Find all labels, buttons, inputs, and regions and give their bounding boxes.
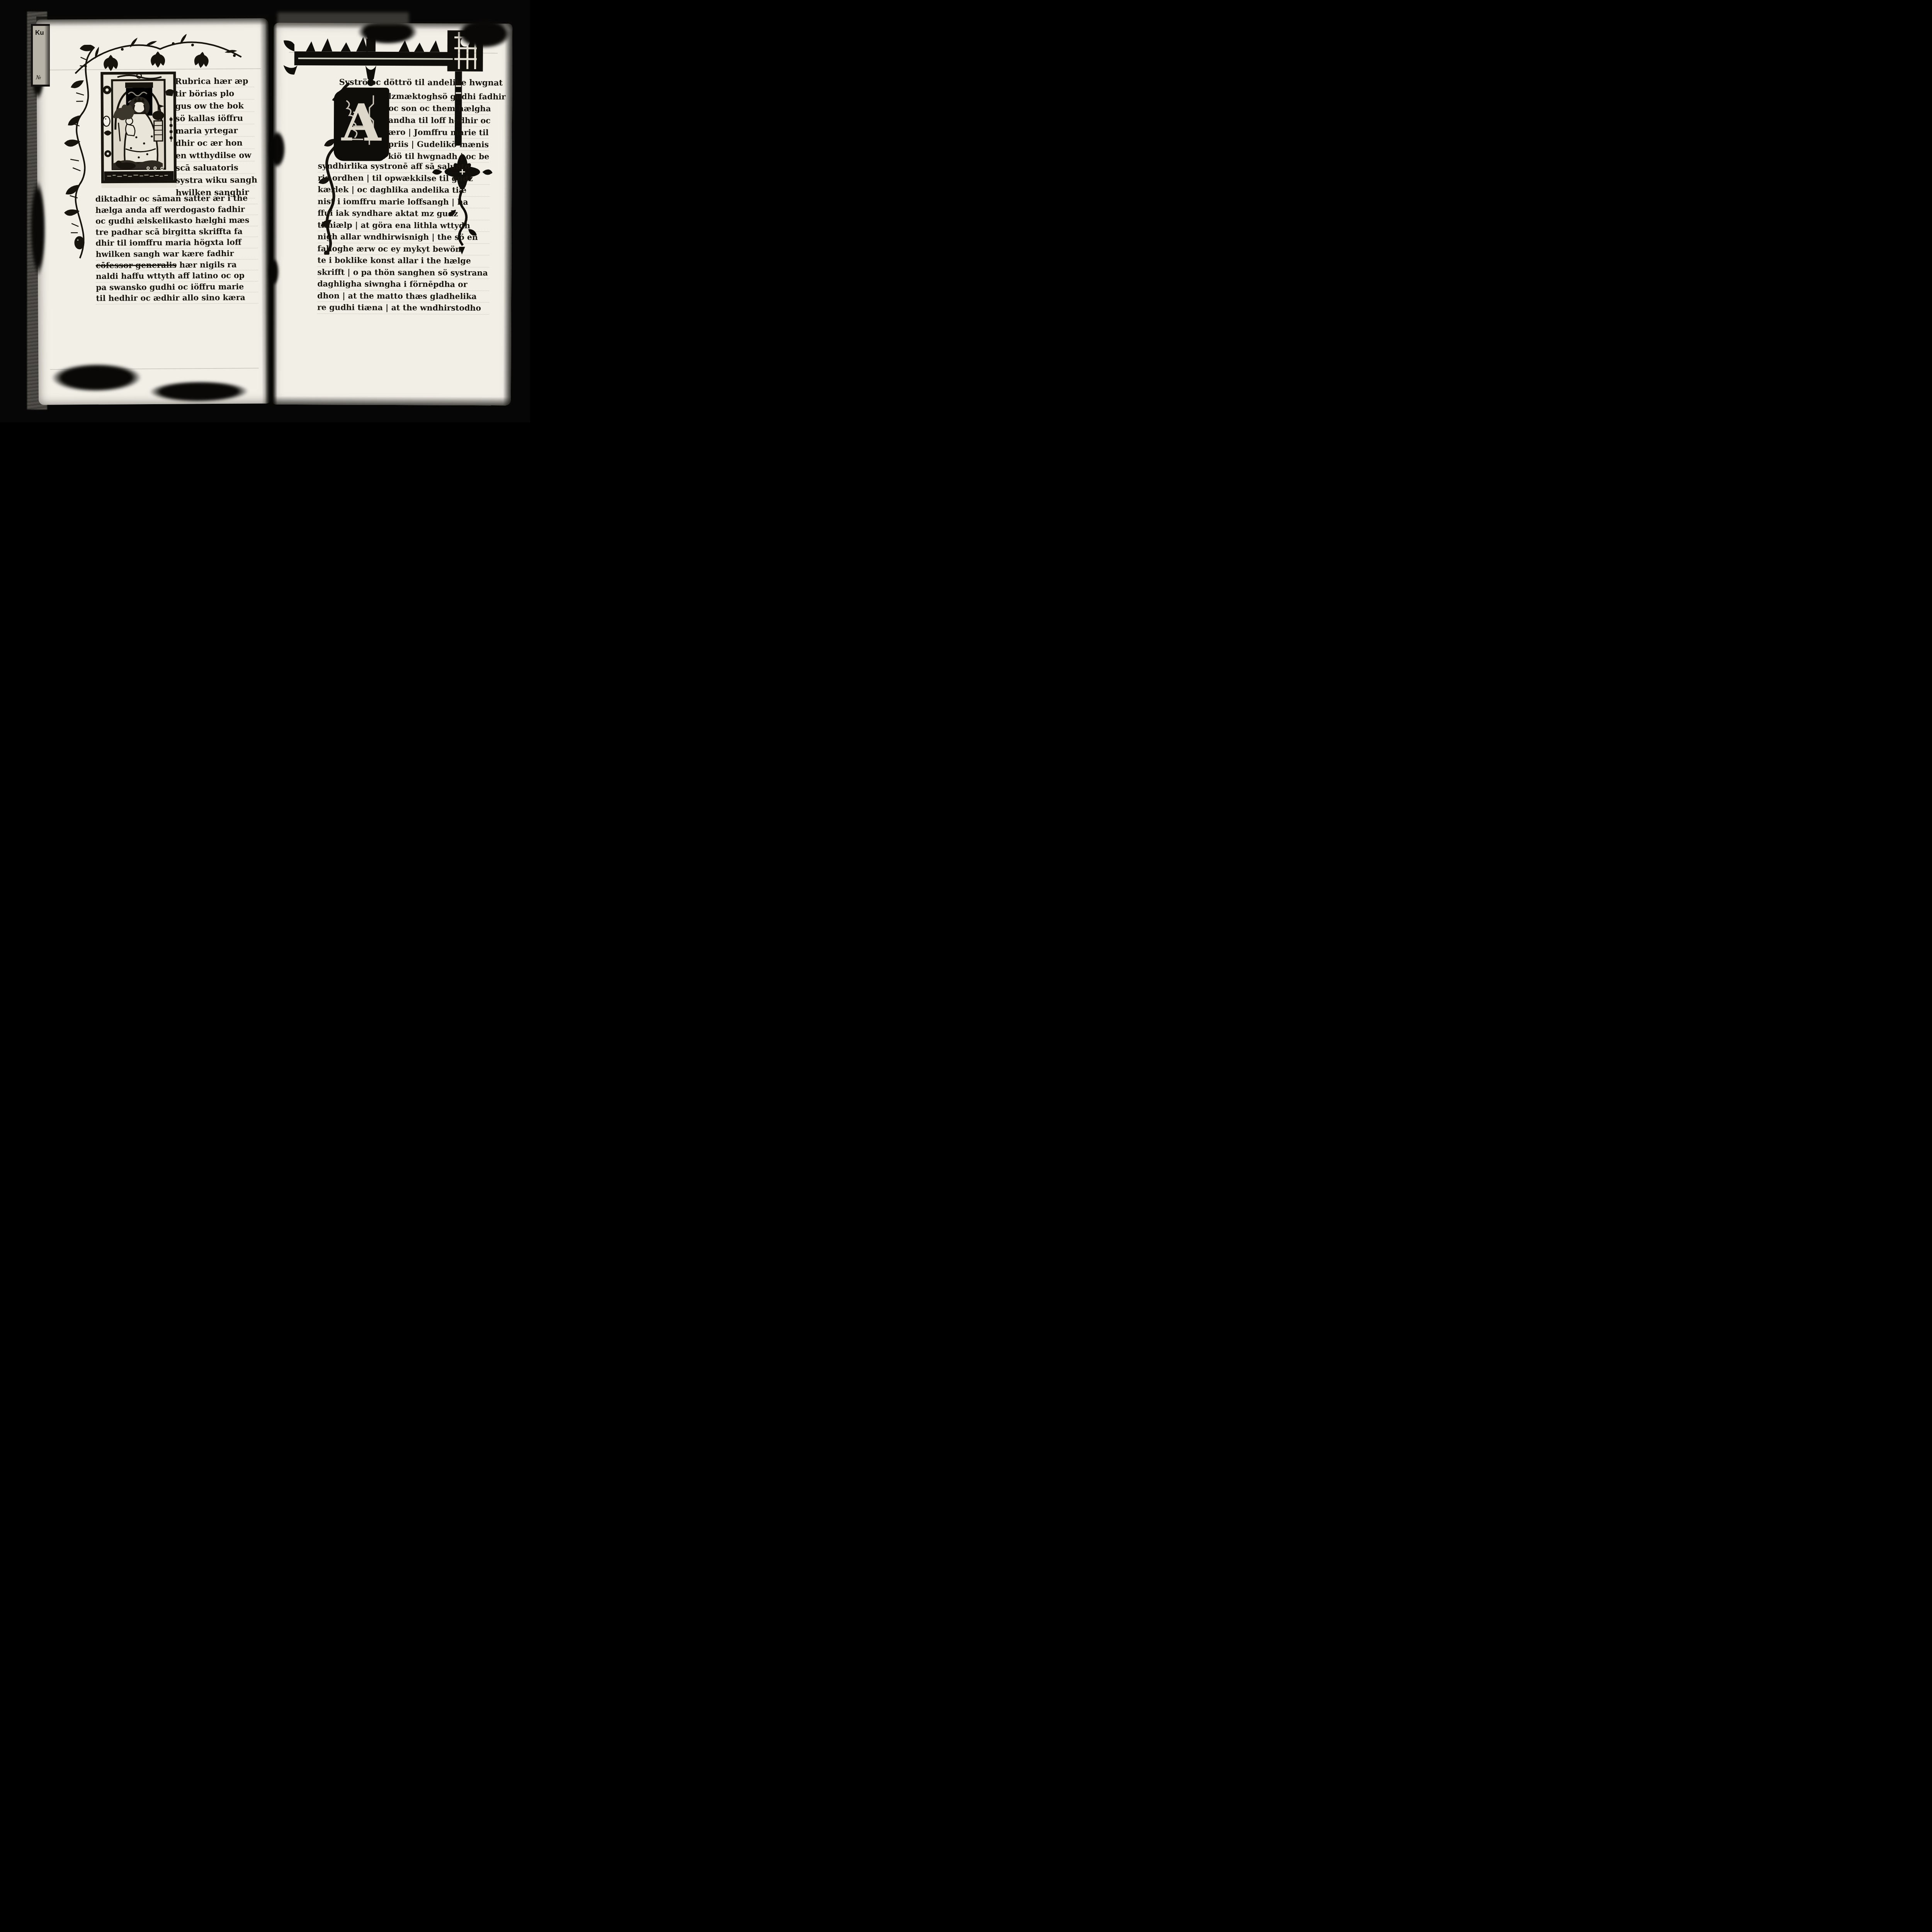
text-line: ffui iak syndhare aktat mz gudz — [318, 207, 490, 220]
book-gutter — [265, 16, 277, 407]
text-line: te i boklike konst allar i the hælge — [317, 255, 489, 267]
miniature-caption-strip — [104, 171, 173, 181]
madonna-and-child-miniature — [100, 71, 177, 189]
bottom-smudge — [135, 378, 263, 405]
label-shadow — [44, 26, 50, 85]
right-page: Syströ oc döttrö til andelike hwgnat A l… — [272, 23, 512, 406]
struck-through-text: cōfessor generalis — [96, 260, 177, 270]
text-line: æro | Jomffru marie til — [388, 126, 489, 139]
cadel-tracery-icon — [336, 89, 388, 160]
rubric-line: Rubrica hær æp — [175, 75, 254, 87]
text-run: hær nigils ra — [177, 260, 236, 269]
left-rubric-block: diktadhir oc sāman satter ær i thehælga … — [95, 193, 259, 304]
rubric-line: cōfessor generalis hær nigils ra — [96, 259, 258, 271]
scan-dust-band — [277, 12, 409, 25]
text-line: nist i iomffru marie loffsangh | ha — [318, 196, 490, 208]
manuscript-photograph: Ku № — [0, 0, 530, 422]
rubric-line: en wtthydilse ow — [175, 149, 255, 162]
library-shelf-label: Ku № — [31, 24, 50, 87]
left-rubric-column: Rubrica hær æptir börias plogus ow the b… — [175, 75, 255, 199]
text-line: falloghe ærw oc ey mykyt bewön — [318, 243, 490, 255]
edge-blotch — [28, 167, 48, 290]
left-page: Rubrica hær æptir börias plogus ow the b… — [36, 18, 271, 405]
rubric-line: scā saluatoris — [175, 161, 255, 174]
rubric-line: dhir oc ær hon — [175, 136, 255, 149]
text-line: syndhirlika systronē aff sā saluato — [318, 160, 490, 173]
page-heading: Syströ oc döttrö til andelike hwgnat — [339, 77, 503, 87]
rubric-line: hwilken sangh war kære fadhir — [96, 248, 258, 260]
rubric-line: pa swansko gudhi oc iöffru marie — [96, 281, 258, 293]
text-line: daghligha siwngha i förnēpdha or — [317, 278, 489, 291]
right-text-block: syndhirlika systronē aff sā saluatoris o… — [317, 160, 490, 314]
label-number-sign: № — [36, 75, 41, 81]
text-line: tilhiælp | at göra ena lithla wttydh — [318, 219, 490, 232]
fore-edge-shadow — [503, 24, 512, 405]
text-line: oc son oc them hælgha — [388, 102, 489, 115]
rubric-line: maria yrtegar — [175, 124, 255, 137]
rubric-line: hælga anda aff werdogasto fadhir — [95, 204, 258, 216]
rubric-line: til hedhir oc ædhir allo sino kæra — [96, 293, 258, 304]
rubric-line: sö kallas iöffru — [175, 112, 254, 124]
label-text: Ku — [35, 29, 44, 37]
text-line: nigh allar wndhirwisnigh | the sö en — [318, 231, 490, 243]
text-line: andha til loff hedhir oc — [388, 114, 489, 127]
rubric-line: tir börias plo — [175, 87, 254, 100]
text-line: lzmæktoghsö gudhi fadhir — [388, 90, 489, 103]
rubric-line: tre padhar scā birgitta skriffta fa — [95, 226, 258, 238]
text-line: dhon | at the matto thæs gladhelika — [317, 290, 489, 303]
top-edge-shadow — [36, 15, 269, 27]
rubric-line: naldi haffu wttyth aff latino oc op — [96, 270, 258, 282]
rubric-line: systra wiku sangh — [175, 173, 255, 186]
rubric-line: diktadhir oc sāman satter ær i the — [95, 193, 258, 205]
right-text-indented: lzmæktoghsö gudhi fadhiroc son oc them h… — [388, 90, 489, 163]
text-line: re gudhi tiæna | at the wndhirstodho — [317, 302, 489, 314]
text-line: skrifft | o pa thön sanghen sö systrana — [317, 267, 489, 279]
rubric-line: gus ow the bok — [175, 99, 254, 112]
text-line: priis | Gudelikö mænis — [388, 138, 489, 151]
decorated-initial-A: A — [336, 89, 388, 160]
text-line: ris ordhen | til opwækkilse til gudz — [318, 172, 490, 185]
rubric-line: dhir til iomffru maria högxta loff — [95, 237, 258, 249]
bottom-edge-shadow — [272, 396, 511, 406]
text-line: kærlek | oc daghlika andelika tiæ — [318, 184, 490, 196]
rubric-line: oc gudhi ælskelikasto hælghi mæs — [95, 215, 258, 227]
